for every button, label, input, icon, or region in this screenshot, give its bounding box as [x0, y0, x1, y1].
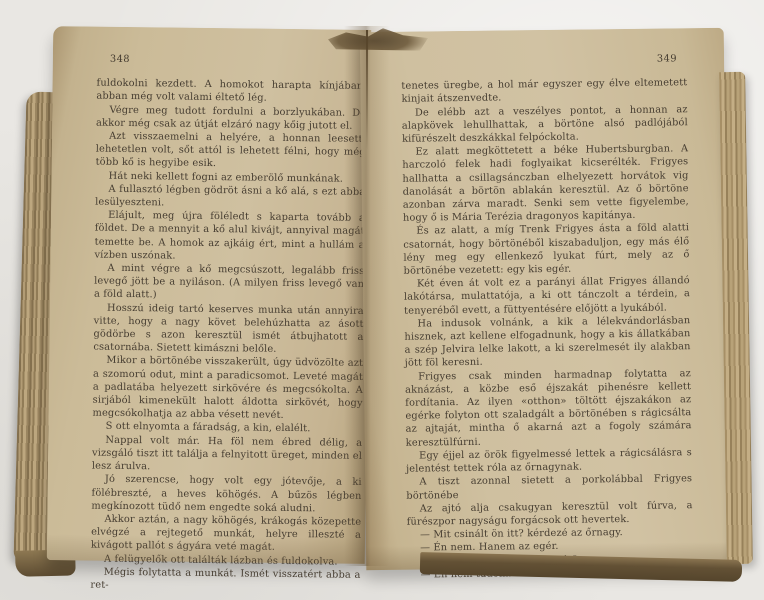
photo-background: 348 fuldokolni kezdett. A homokot harapt…: [0, 0, 764, 600]
top-spine-wear: [328, 24, 428, 52]
paragraph: fuldokolni kezdett. A homokot harapta kí…: [96, 77, 366, 107]
left-page-paragraphs: fuldokolni kezdett. A homokot harapta kí…: [90, 77, 366, 595]
paragraph: Egy éjjel az örök figyelmessé lettek a r…: [406, 446, 692, 476]
paragraph: És az alatt, a míg Trenk Frigyes ásta a …: [403, 222, 690, 278]
paragraph: Jó szerencse, hogy volt egy jótevője, a …: [91, 473, 361, 516]
paragraph: Frigyes csak minden harmadnap folytatta …: [405, 367, 692, 450]
right-page-paragraphs: tenetes üregbe, a hol már egyszer egy él…: [401, 76, 693, 581]
paragraph: Mikor a börtönébe visszakerült, úgy üdvö…: [92, 354, 363, 423]
paragraph: Azt visszaemelni a helyére, a honnan lee…: [96, 130, 366, 173]
paragraph: A tiszt azonnal sietett a porkolábbal Fr…: [406, 473, 692, 503]
paragraph: tenetes üregbe, a hol már egyszer egy él…: [401, 76, 687, 106]
right-page-number: 349: [401, 52, 687, 69]
paragraph: Végre meg tudott fordulni a borzlyukában…: [96, 103, 366, 133]
right-page-text: 349 tenetes üregbe, a hol már egyszer eg…: [401, 52, 693, 581]
paragraph: Elájult, meg újra föléledt s kaparta tov…: [94, 209, 365, 265]
left-page-text: 348 fuldokolni kezdett. A homokot harapt…: [90, 53, 367, 595]
paragraph: Akkor aztán, a nagy köhögés, krákogás kö…: [91, 512, 361, 555]
gutter-fold-line: [366, 30, 368, 150]
paragraph: Az ajtó alja csakugyan keresztül volt fú…: [406, 499, 692, 529]
paragraph: Mégis folytatta a munkát. Ismét visszaté…: [90, 565, 360, 595]
left-page-number: 348: [97, 53, 367, 70]
paragraph: A mint végre a kő megcsúszott, legalább …: [94, 262, 364, 305]
paragraph: Két éven át volt ez a parányi állat Frig…: [404, 274, 690, 317]
paragraph: De elébb azt a veszélyes pontot, a honna…: [402, 103, 688, 146]
book-left-page: 348 fuldokolni kezdett. A homokot harapt…: [47, 26, 372, 564]
paragraph: Nappal volt már. Ha föl nem ébred délig,…: [92, 433, 362, 476]
book-right-page: 349 tenetes üregbe, a hol már egyszer eg…: [360, 28, 731, 570]
paragraph: A fullasztó légben gödröt ásni a kő alá,…: [95, 182, 365, 212]
paragraph: Ez alatt megköttetett a béke Hubertsburg…: [402, 142, 689, 225]
paragraph: Ha indusok volnánk, a kik a lélekvándorl…: [404, 314, 691, 370]
paragraph: Hosszú ideig tartó keserves munka után a…: [93, 301, 364, 357]
